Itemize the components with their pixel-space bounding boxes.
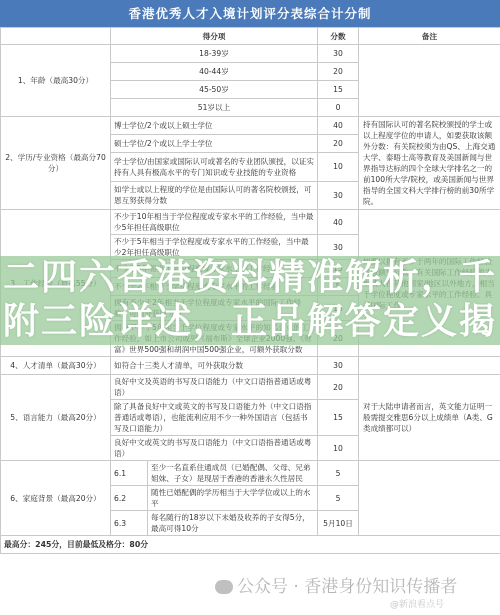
score-cell: 5月10日: [318, 511, 359, 536]
total-score-summary: 最高分：245分，目前最低及格分：80分: [1, 536, 500, 554]
category-age: 1、年龄（最高30分）: [1, 45, 111, 117]
table-header-row: 得分项 分数 备注: [1, 28, 500, 45]
weibo-watermark: @新浪看点号: [390, 597, 444, 610]
score-cell: 0: [318, 99, 359, 117]
score-cell: 20: [318, 135, 359, 153]
item-cell: 不少于10年相当于学位程度或专家水平的工作经验，当中最少5年担任高级职位: [111, 210, 318, 235]
note-cell: [359, 45, 500, 117]
score-cell: 15: [318, 400, 359, 436]
item-cell: 每名随行的18岁以下未婚及收养的子女得5分，最高可得10分: [148, 511, 318, 536]
score-cell: 10: [318, 436, 359, 461]
score-cell: 30: [318, 181, 359, 210]
category-language: 5、语言能力（最高20分）: [1, 375, 111, 461]
wechat-icon: [215, 580, 233, 594]
table-row: 5、语言能力（最高20分） 良好中文及英语的书写及口语能力（中文口语指普通话或粤…: [1, 375, 500, 400]
header-score: 分数: [318, 28, 359, 45]
score-cell: 30: [318, 45, 359, 63]
item-cell: 如学士或以上程度的学位是由国际认可的著名院校颁授，可恩互努获得分数: [111, 181, 318, 210]
category-education: 2、学历/专业资格（最高分70分）: [1, 117, 111, 210]
table-row: 2、学历/专业资格（最高分70分） 博士学位/2个或以上硕士学位 40 持有国际…: [1, 117, 500, 135]
item-cell: 至少一名直系住通成员（已婚配偶、父母、兄弟姐妹、子女）是现居于香港的香港永久性居…: [148, 461, 318, 486]
table-row: 6、家庭背景（最高20分） 6.1 至少一名直系住通成员（已婚配偶、父母、兄弟姐…: [1, 461, 500, 486]
item-cell: 40-44岁: [111, 63, 318, 81]
item-cell: 51岁以上: [111, 99, 318, 117]
item-cell: 良好中文或英文的书写及口语能力（中文口语指普通话或粤语）: [111, 436, 318, 461]
table-row: 3、工作经验（最高55分） 不少于10年相当于学位程度或专家水平的工作经验，当中…: [1, 210, 500, 235]
header-category: [1, 28, 111, 45]
sub-number: 6.2: [111, 486, 148, 511]
score-cell: 20: [318, 63, 359, 81]
note-cell: [359, 461, 500, 536]
item-cell: 18-39岁: [111, 45, 318, 63]
item-cell: 45-50岁: [111, 81, 318, 99]
score-cell: 15: [318, 81, 359, 99]
headline-line-1: 二四六香港资料精准解析，千: [0, 256, 500, 300]
score-cell: 5: [318, 486, 359, 511]
item-cell: 硕士学位/2个或以上学士学位: [111, 135, 318, 153]
category-family: 6、家庭背景（最高20分）: [1, 461, 111, 536]
item-cell: 博士学位/2个或以上硕士学位: [111, 117, 318, 135]
table-row: 4、人才清单（最高30分） 如符合十三类人才清单，可外获取分数 30: [1, 357, 500, 375]
score-cell: 30: [318, 357, 359, 375]
item-cell: 良好中文及英语的书写及口语能力（中文口语指普通话或粤语）: [111, 375, 318, 400]
score-cell: 40: [318, 117, 359, 135]
score-cell: 5: [318, 461, 359, 486]
category-talent-list: 4、人才清单（最高30分）: [1, 357, 111, 375]
wechat-watermark-text: 公众号 · 香港身份知识传播者: [237, 577, 457, 597]
item-cell: 除了具备良好中文或英文的书写及口语能力外（中文口语指普通话或粤语），也能流利应用…: [111, 400, 318, 436]
score-cell: 40: [318, 210, 359, 235]
sub-number: 6.1: [111, 461, 148, 486]
note-cell: 持有国际认可的著名院校颁授的学士或以上程度学位的申请人，如要获取该额外分数：有关…: [359, 117, 500, 210]
header-item: 得分项: [111, 28, 318, 45]
wechat-watermark: 公众号 · 香港身份知识传播者: [215, 572, 457, 597]
item-cell: 如符合十三类人才清单，可外获取分数: [111, 357, 318, 375]
item-cell: 学士学位/由国家或国际认可或著名的专业团队颁授，以证实持有人具有极高水平的专门知…: [111, 153, 318, 182]
headline-line-2: 附三险详述，正品解答定义揭: [0, 300, 500, 344]
headline-overlay: 二四六香港资料精准解析，千 附三险详述，正品解答定义揭: [0, 256, 500, 344]
item-cell: 随性已婚配偶的学历相当于大学学位或以上的水平: [148, 486, 318, 511]
score-cell: 10: [318, 153, 359, 182]
table-row: 1、年龄（最高30分） 18-39岁 30: [1, 45, 500, 63]
table-footer-row: 最高分：245分，目前最低及格分：80分: [1, 536, 500, 554]
table-title: 香港优秀人才入境计划评分表综合计分制: [0, 0, 500, 27]
note-cell: [359, 357, 500, 375]
note-cell: 对于大陆申请者而言，英文能力证明一般需提交雅思6分以上成绩单（A类、G类成绩都可…: [359, 375, 500, 461]
sub-number: 6.3: [111, 511, 148, 536]
score-cell: 20: [318, 375, 359, 400]
header-note: 备注: [359, 28, 500, 45]
